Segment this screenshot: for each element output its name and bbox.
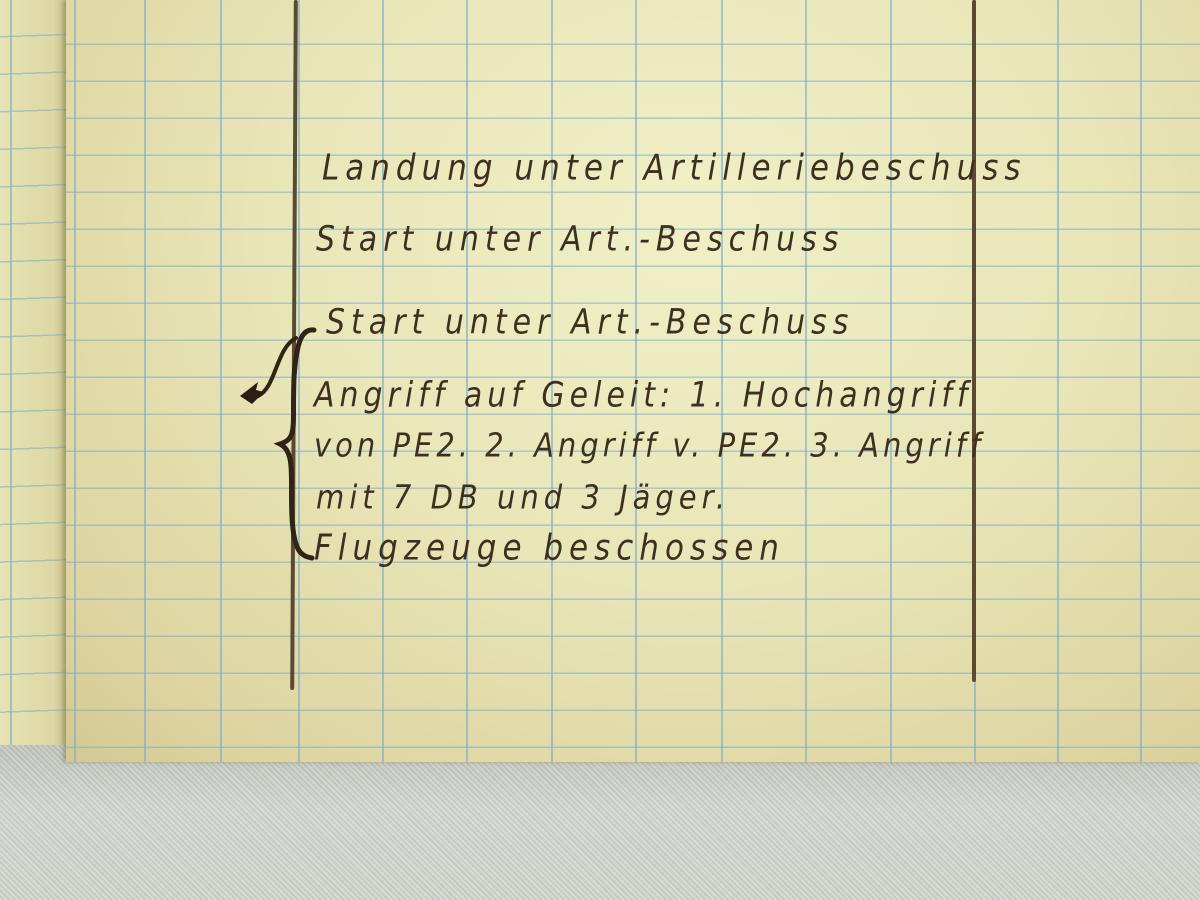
- grid-line: [220, 0, 222, 762]
- column-rule-right: [972, 0, 976, 682]
- grid-line: [144, 0, 146, 762]
- left-page-edge: [0, 0, 66, 745]
- tablecloth-background: [0, 745, 1200, 900]
- curly-brace-annotation: [236, 318, 326, 568]
- arrow-left-icon: [238, 376, 268, 406]
- entry-line-3: Start unter Art.-Beschuss: [326, 302, 854, 342]
- grid-line: [1140, 0, 1142, 762]
- entry-line-2: Start unter Art.-Beschuss: [316, 219, 844, 259]
- entry-line-5: von PE2. 2. Angriff v. PE2. 3. Angriff: [314, 425, 984, 464]
- grid-line: [1057, 0, 1059, 762]
- entry-line-1: Landung unter Artilleriebeschuss: [322, 147, 1027, 188]
- grid-line: [74, 0, 76, 762]
- entry-line-4: Angriff auf Geleit: 1. Hochangriff: [314, 375, 972, 415]
- entry-line-6: mit 7 DB und 3 Jäger.: [316, 477, 730, 516]
- entry-line-7: Flugzeuge beschossen: [314, 527, 785, 568]
- grid-line: [10, 0, 12, 745]
